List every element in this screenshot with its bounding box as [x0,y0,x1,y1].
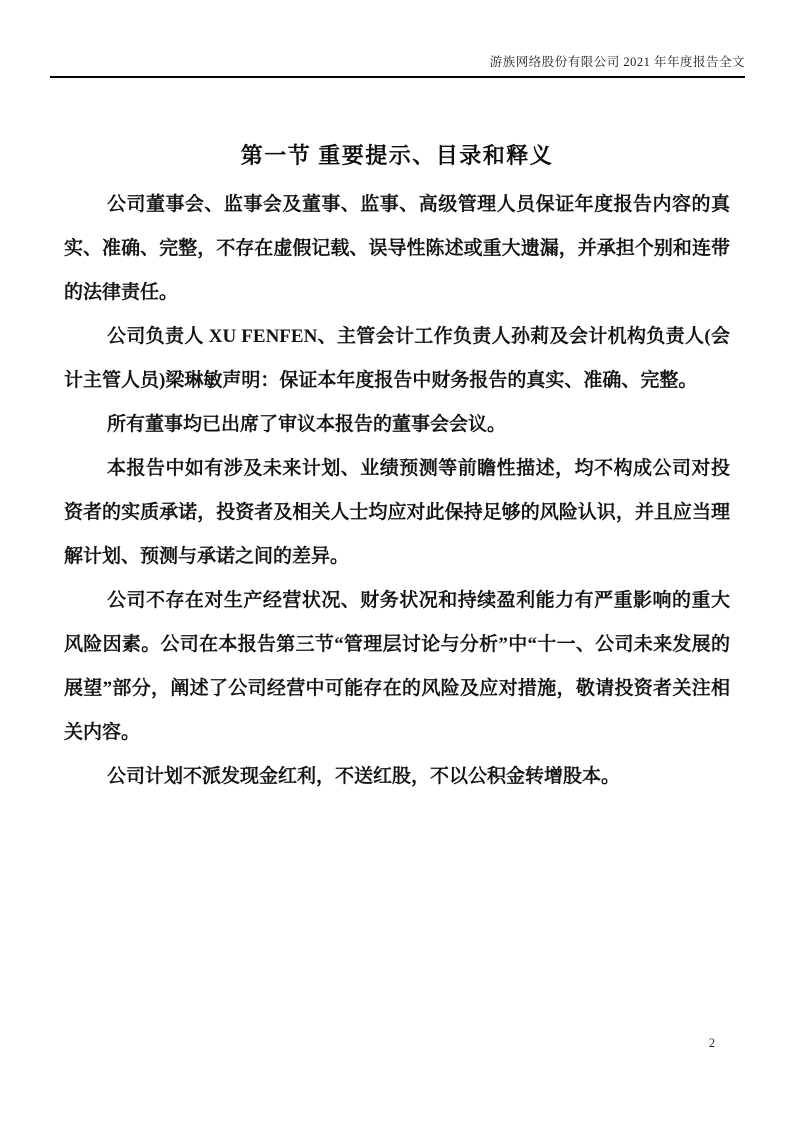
page-header-text: 游族网络股份有限公司 2021 年年度报告全文 [50,52,745,70]
paragraph-forward-looking-statements: 本报告中如有涉及未来计划、业绩预测等前瞻性描述，均不构成公司对投资者的实质承诺，… [64,447,730,579]
paragraph-board-guarantee: 公司董事会、监事会及董事、监事、高级管理人员保证年度报告内容的真实、准确、完整，… [64,183,730,315]
report-page: 游族网络股份有限公司 2021 年年度报告全文 第一节 重要提示、目录和释义 公… [0,0,794,1123]
section-title: 第一节 重要提示、目录和释义 [0,139,794,170]
paragraph-risk-factors: 公司不存在对生产经营状况、财务状况和持续盈利能力有严重影响的重大风险因素。公司在… [64,579,730,755]
paragraph-responsible-persons: 公司负责人 XU FENFEN、主管会计工作负责人孙莉及会计机构负责人(会计主管… [64,315,730,403]
document-body: 公司董事会、监事会及董事、监事、高级管理人员保证年度报告内容的真实、准确、完整，… [64,183,730,799]
header-divider-rule [50,76,745,78]
paragraph-dividend-plan: 公司计划不派发现金红利，不送红股，不以公积金转增股本。 [64,755,730,799]
paragraph-directors-attendance: 所有董事均已出席了审议本报告的董事会会议。 [64,403,730,447]
page-number: 2 [688,1036,736,1051]
